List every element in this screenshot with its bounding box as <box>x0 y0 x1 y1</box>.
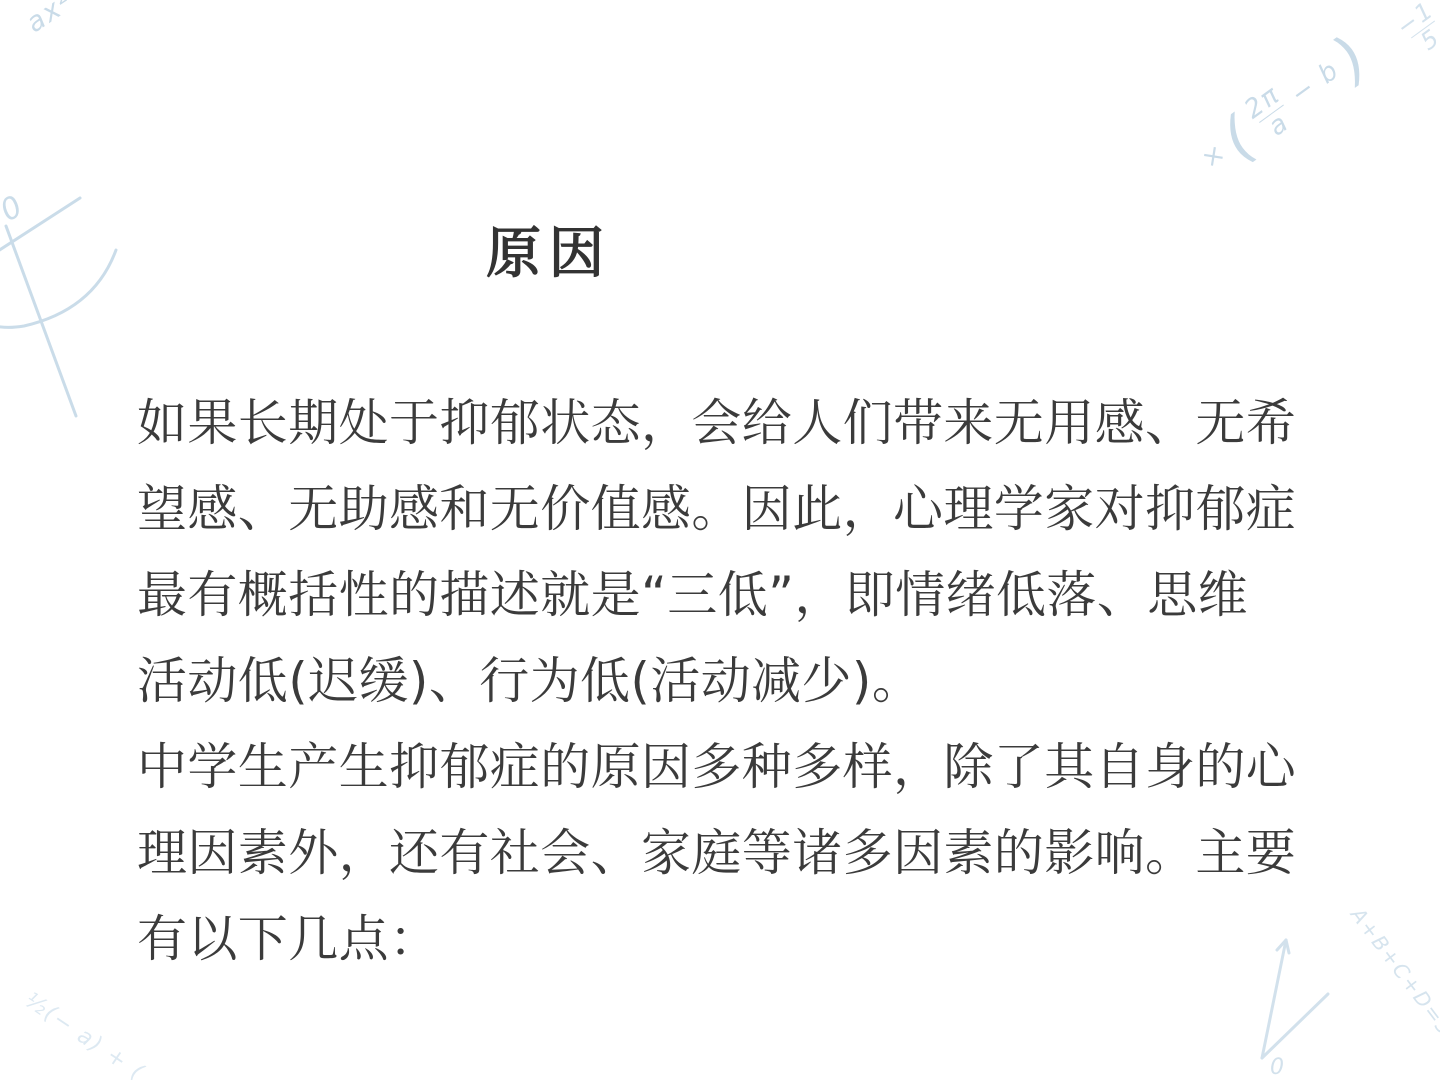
topright-fraction: 2π a <box>1237 79 1305 150</box>
document-page: ax² + bx + 0 × ( 2π a − b ) −1 5 原因 如果长期… <box>0 0 1440 1080</box>
paragraph-line: 最有概括性的描述就是“三低”，即情绪低落、思维 <box>137 552 1367 638</box>
paragraph-line: 如果长期处于抑郁状态，会给人们带来无用感、无希 <box>137 380 1367 466</box>
topright-open-paren: ( <box>1229 131 1249 145</box>
paragraph: 如果长期处于抑郁状态，会给人们带来无用感、无希望感、无助感和无价值感。因此，心理… <box>137 380 1367 982</box>
vector-origin-label: 0 <box>1270 1055 1284 1080</box>
paragraph-line: 中学生产生抑郁症的原因多种多样，除了其自身的心 <box>137 724 1367 810</box>
math-doodle-bottomleft-formula: ½(− a) + ( <box>20 988 149 1080</box>
axes-sketch-doodle: 0 <box>0 188 146 418</box>
topright-formula-prefix: × <box>1196 137 1233 175</box>
topright-close-paren: ) <box>1342 49 1362 63</box>
fraction-denominator: a <box>1259 105 1300 145</box>
corner-fraction: −1 5 <box>1389 0 1440 64</box>
corner-fraction-numerator: −1 <box>1389 0 1440 43</box>
paragraph-line: 有以下几点： <box>137 896 1367 982</box>
page-title: 原因 <box>486 222 612 285</box>
paragraph-line: 理因素外，还有社会、家庭等诸多因素的影响。主要 <box>137 810 1367 896</box>
math-doodle-topright-formula: × ( 2π a − b ) <box>1188 26 1378 185</box>
paragraph-line: 活动低(迟缓)、行为低(活动减少)。 <box>137 638 1367 724</box>
corner-fraction-denominator: 5 <box>1411 20 1440 58</box>
fraction-numerator: 2π <box>1237 79 1289 127</box>
math-doodle-corner-fragment: −1 5 <box>1387 0 1440 64</box>
topright-formula-suffix: − b <box>1285 55 1345 110</box>
paragraph-line: 望感、无助感和无价值感。因此，心理学家对抑郁症 <box>137 466 1367 552</box>
axes-origin-label: 0 <box>0 189 29 229</box>
math-doodle-topleft-formula: ax² + bx + <box>21 0 177 39</box>
